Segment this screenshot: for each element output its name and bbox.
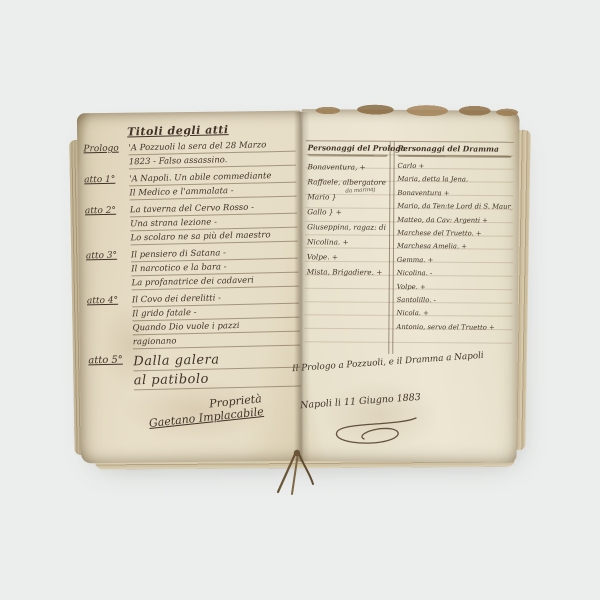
cast-item: Bonaventura, + (308, 159, 388, 175)
act-row-5: atto 5° Dalla galera al patibolo (88, 350, 301, 393)
column-header-prologo: Personaggi del Prologo (308, 141, 388, 156)
torn-page-top-edge (302, 99, 518, 117)
cast-item: Gemma. + (397, 254, 511, 268)
act-line: ragionano (133, 333, 300, 350)
cast-item: Maria, detta la Jena. (397, 173, 511, 187)
act-line: La profanatrice dei cadaveri (131, 274, 298, 291)
act-label: atto 4° (87, 294, 133, 351)
act-label: atto 2° (85, 204, 131, 247)
cast-item: Marchesa Amelia. + (397, 240, 511, 254)
act-line: al patibolo (134, 369, 301, 391)
cast-item: Mista, Brigadiere. + (307, 264, 387, 280)
cast-item: Santolillo. - (397, 294, 511, 308)
act-label: atto 1° (84, 173, 130, 202)
column-divider (388, 142, 394, 354)
cast-item: Nicola. + (396, 307, 510, 321)
cast-item: Giuseppina, ragaz: di camera + (307, 219, 387, 235)
pen-flourish-icon (328, 412, 423, 452)
act-label: atto 5° (88, 353, 134, 392)
act-row-2: atto 2° La taverna del Cervo Rosso - Una… (85, 201, 298, 248)
act-line: Lo scolaro ne sa più del maestro (130, 229, 297, 246)
act-line: Il Medico e l'ammalata - (129, 184, 296, 201)
cast-item: Volpe. + (307, 249, 387, 265)
cast-item: Bonaventura + (397, 187, 511, 201)
column-dramma: Personaggi del Dramma Carlo + Maria, det… (396, 142, 511, 335)
act-row-4: atto 4° Il Covo dei derelitti - Il grido… (87, 291, 300, 352)
cast-item: Gallo } + (307, 204, 387, 220)
cast-item: Carlo + (398, 160, 512, 174)
act-label: atto 3° (86, 249, 132, 292)
cast-table: Personaggi del Prologo Bonaventura, + Ra… (304, 140, 513, 354)
act-line: 1823 - Falso assassino. (129, 153, 296, 170)
act-line: Dalla galera (133, 350, 300, 372)
acts-list-title: Titoli degli atti (127, 122, 295, 139)
act-row-3: atto 3° Il pensiero di Satana - Il narco… (86, 246, 299, 293)
manuscript-photo: Titoli degli atti Prologo 'A Pozzuoli la… (0, 0, 600, 600)
acts-list: Titoli degli atti Prologo 'A Pozzuoli la… (83, 122, 301, 396)
column-header-dramma: Personaggi del Dramma (398, 142, 512, 157)
cast-item: Marchese del Truetto. + (397, 227, 511, 241)
cast-item: Antonio, servo del Truetto + (396, 321, 510, 335)
cast-item: Volpe. + (397, 281, 511, 295)
column-prologo: Personaggi del Prologo Bonaventura, + Ra… (307, 141, 388, 280)
cast-item: Matteo, da Cav: Argenti + (397, 214, 511, 228)
act-label: Prologo (83, 142, 129, 171)
binding-string-icon (266, 448, 326, 503)
cast-item: Mario, da Ten:te Lord di S. Maury (397, 200, 511, 214)
act-row-1: atto 1° 'A Napoli. Un abile commediante … (84, 170, 297, 203)
cast-item: Nicolina. + (307, 234, 387, 250)
act-row-prologo: Prologo 'A Pozzuoli la sera del 28 Marzo… (83, 139, 296, 172)
cast-item: Nicolina. - (397, 267, 511, 281)
